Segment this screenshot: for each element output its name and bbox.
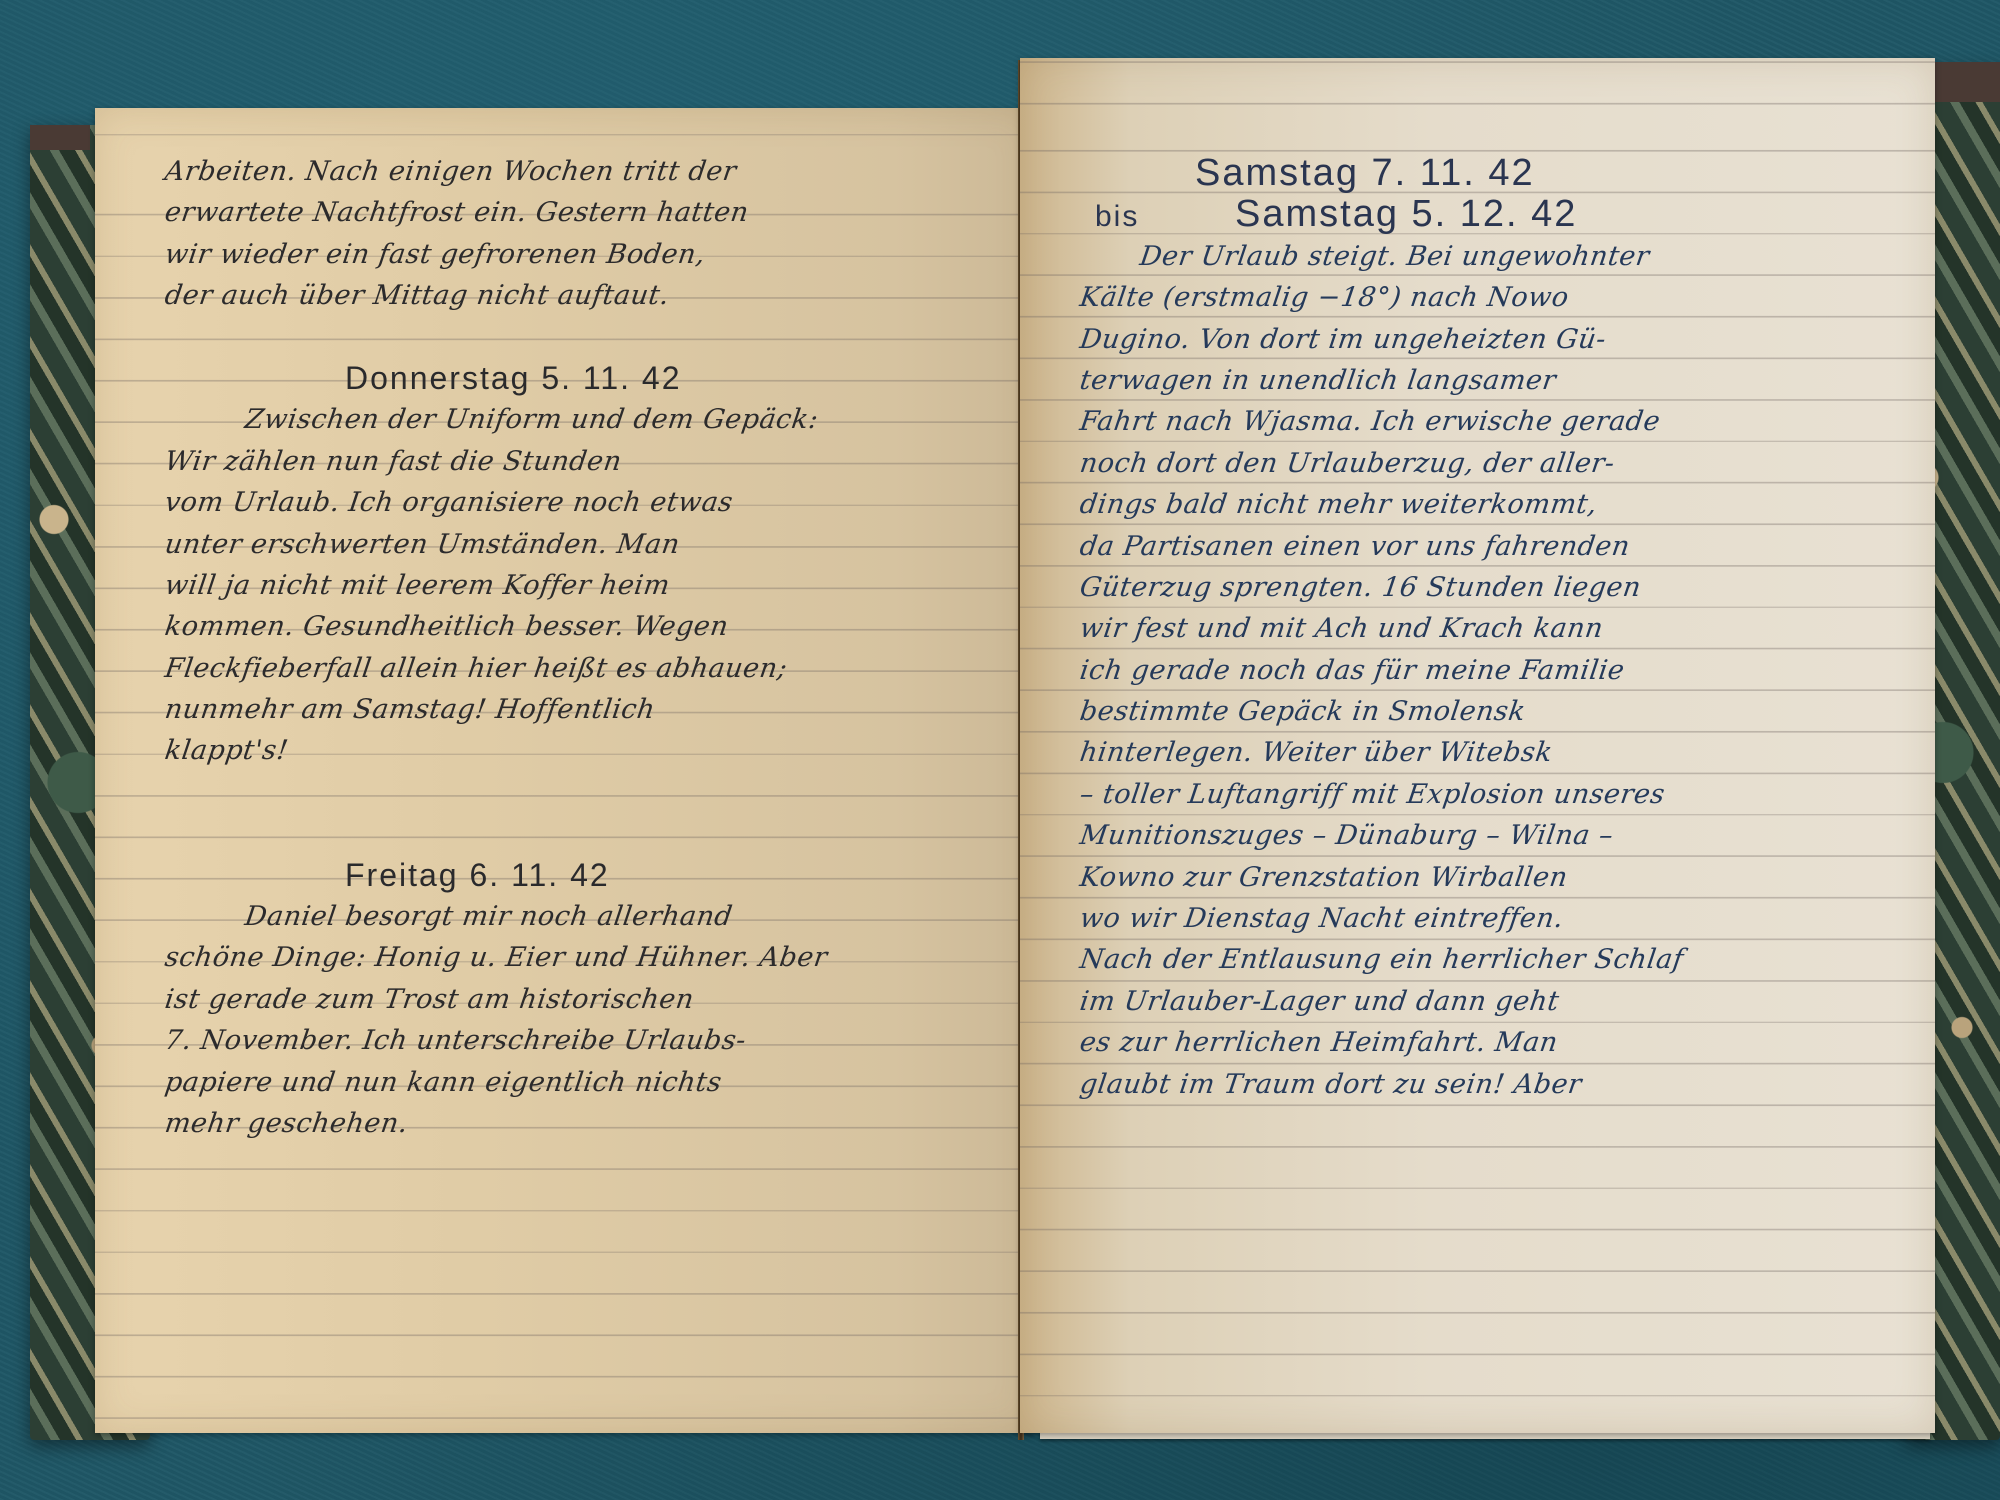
text-line: im Urlauber-Lager und dann geht	[1020, 981, 1935, 1022]
bis-label: bis	[1095, 196, 1235, 235]
text-line: kommen. Gesundheitlich besser. Wegen	[95, 606, 1035, 647]
text-line: ist gerade zum Trost am historischen	[95, 979, 1035, 1020]
text-line: unter erschwerten Umständen. Man	[95, 524, 1035, 565]
text-line: klappt's!	[95, 730, 1035, 771]
text-line: Daniel besorgt mir noch allerhand	[95, 896, 1035, 937]
text-line: vom Urlaub. Ich organisiere noch etwas	[95, 482, 1035, 523]
entry-heading-samstag-to: bisSamstag 5. 12. 42	[1020, 194, 1935, 235]
entry-heading-freitag: Freitag 6. 11. 42	[95, 855, 1035, 896]
text-line: mehr geschehen.	[95, 1103, 1035, 1144]
text-line: Arbeiten. Nach einigen Wochen tritt der	[95, 151, 1035, 192]
text-line: Kälte (erstmalig −18°) nach Nowo	[1020, 277, 1935, 318]
text-line: wir wieder ein fast gefrorenen Boden,	[95, 234, 1035, 275]
text-line: Munitionszuges – Dünaburg – Wilna –	[1020, 815, 1935, 856]
text-line: 7. November. Ich unterschreibe Urlaubs-	[95, 1020, 1035, 1061]
text-line: Wir zählen nun fast die Stunden	[95, 441, 1035, 482]
entry-heading-donnerstag: Donnerstag 5. 11. 42	[95, 358, 1035, 399]
text-line: wir fest und mit Ach und Krach kann	[1020, 608, 1935, 649]
text-line: terwagen in unendlich langsamer	[1020, 360, 1935, 401]
text-line: es zur herrlichen Heimfahrt. Man	[1020, 1022, 1935, 1063]
text-line: papiere und nun kann eigentlich nichts	[95, 1062, 1035, 1103]
text-line: bestimmte Gepäck in Smolensk	[1020, 691, 1935, 732]
text-line: hinterlegen. Weiter über Witebsk	[1020, 732, 1935, 773]
left-page-text: Arbeiten. Nach einigen Wochen tritt der …	[95, 151, 1035, 1144]
text-line: – toller Luftangriff mit Explosion unser…	[1020, 774, 1935, 815]
text-line: schöne Dinge: Honig u. Eier und Hühner. …	[95, 937, 1035, 978]
left-diary-page: Arbeiten. Nach einigen Wochen tritt der …	[95, 108, 1035, 1433]
text-line: erwartete Nachtfrost ein. Gestern hatten	[95, 192, 1035, 233]
text-line: will ja nicht mit leerem Koffer heim	[95, 565, 1035, 606]
text-line: wo wir Dienstag Nacht eintreffen.	[1020, 898, 1935, 939]
text-line: Nach der Entlausung ein herrlicher Schla…	[1020, 939, 1935, 980]
right-page-text: Samstag 7. 11. 42 bisSamstag 5. 12. 42 D…	[1020, 153, 1935, 1105]
text-line: Zwischen der Uniform und dem Gepäck:	[95, 399, 1035, 440]
entry-heading-samstag-from: Samstag 7. 11. 42	[1020, 153, 1935, 194]
text-line: dings bald nicht mehr weiterkommt,	[1020, 484, 1935, 525]
text-line: Dugino. Von dort im ungeheizten Gü-	[1020, 319, 1935, 360]
text-line: noch dort den Urlauberzug, der aller-	[1020, 443, 1935, 484]
text-line: Fahrt nach Wjasma. Ich erwische gerade	[1020, 401, 1935, 442]
text-line: ich gerade noch das für meine Familie	[1020, 650, 1935, 691]
text-line: Der Urlaub steigt. Bei ungewohnter	[1020, 236, 1935, 277]
text-line: Kowno zur Grenzstation Wirballen	[1020, 857, 1935, 898]
text-line: Güterzug sprengten. 16 Stunden liegen	[1020, 567, 1935, 608]
left-cover-spine-corner	[30, 125, 90, 150]
text-line: nunmehr am Samstag! Hoffentlich	[95, 689, 1035, 730]
heading-date-to: Samstag 5. 12. 42	[1235, 194, 1577, 235]
text-line: glaubt im Traum dort zu sein! Aber	[1020, 1064, 1935, 1105]
text-line: der auch über Mittag nicht auftaut.	[95, 275, 1035, 316]
right-diary-page: Samstag 7. 11. 42 bisSamstag 5. 12. 42 D…	[1020, 58, 1935, 1433]
text-line: Fleckfieberfall allein hier heißt es abh…	[95, 648, 1035, 689]
text-line: da Partisanen einen vor uns fahrenden	[1020, 526, 1935, 567]
